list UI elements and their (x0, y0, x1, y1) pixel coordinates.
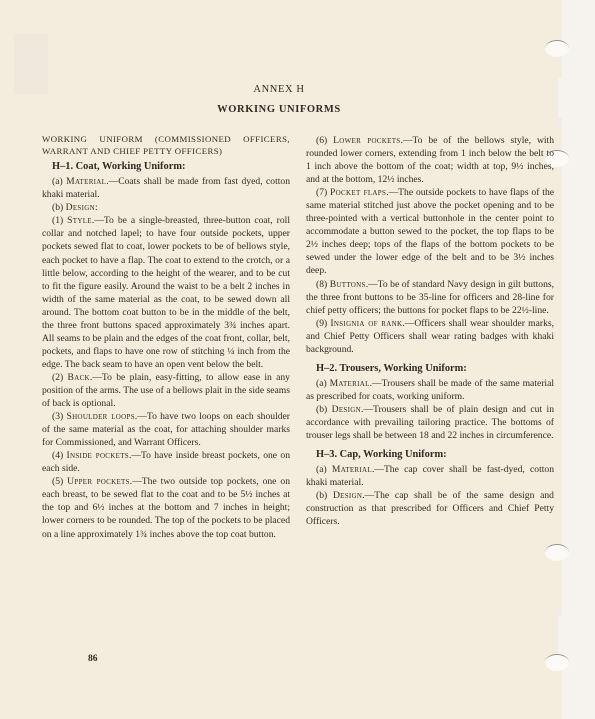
right-column: (6) Lower pockets.—To be of the bellows … (306, 134, 554, 528)
punch-hole-icon (545, 40, 569, 57)
paragraph-label: Style (67, 215, 92, 226)
paragraph: (a) Material.—The cap cover shall be fas… (306, 463, 554, 489)
page-tab (548, 0, 562, 78)
left-column: WORKING UNIFORM (COMMISSIONED OFFICERS, … (42, 134, 290, 541)
paragraph: (a) Material.—Coats shall be made from f… (42, 175, 290, 201)
paragraph-list: (a) Material.—The cap cover shall be fas… (306, 463, 554, 528)
paragraph-list: (a) Material.—Trousers shall be made of … (306, 377, 554, 442)
heading-h3: H–3. Cap, Working Uniform: (306, 448, 554, 461)
paragraph-label: Shoulder loops (66, 411, 134, 422)
paragraph-label: Design (332, 404, 361, 415)
paragraph: (9) Insignia of rank.—Officers shall wea… (306, 317, 554, 356)
paragraph-label: Buttons (330, 279, 366, 290)
paragraph-list: (6) Lower pockets.—To be of the bellows … (306, 134, 554, 356)
paragraph: (b) Design.—Trousers shall be of plain d… (306, 403, 554, 442)
paragraph-label: Design (66, 202, 95, 213)
paragraph: (b) Design.—The cap shall be of the same… (306, 489, 554, 528)
paragraph: (7) Pocket flaps.—The outside pockets to… (306, 186, 554, 277)
page-number: 86 (88, 654, 98, 664)
paragraph: (a) Material.—Trousers shall be made of … (306, 377, 554, 403)
paragraph: (4) Inside pockets.—To have inside breas… (42, 449, 290, 475)
annex-label: ANNEX H (0, 84, 558, 95)
section-heading: WORKING UNIFORM (COMMISSIONED OFFICERS, … (42, 134, 290, 157)
paragraph: (3) Shoulder loops.—To have two loops on… (42, 410, 290, 449)
paragraph-label: Insignia of rank (330, 318, 402, 329)
page-title: WORKING UNIFORMS (0, 104, 558, 115)
paragraph-label: Pocket flaps (330, 187, 386, 198)
heading-h1: H–1. Coat, Working Uniform: (42, 160, 290, 173)
paragraph: (8) Buttons.—To be of standard Navy desi… (306, 278, 554, 317)
paragraph: (6) Lower pockets.—To be of the bellows … (306, 134, 554, 186)
paragraph-label: Design (333, 490, 362, 501)
paragraph-label: Upper pockets (67, 476, 130, 487)
paragraph-label: Material (66, 176, 106, 187)
paragraph: (b) Design: (42, 201, 290, 214)
paragraph: (1) Style.—To be a single-breasted, thre… (42, 214, 290, 371)
paragraph: (5) Upper pockets.—The two outside top p… (42, 475, 290, 540)
punch-hole-icon (545, 654, 569, 671)
paragraph-list: (a) Material.—Coats shall be made from f… (42, 175, 290, 540)
paragraph-label: Lower pockets (333, 135, 400, 146)
paragraph-label: Inside pockets (67, 450, 129, 461)
paragraph: (2) Back.—To be plain, easy-fitting, to … (42, 371, 290, 410)
paragraph-label: Material (332, 464, 372, 475)
page-edge-strip (558, 0, 595, 719)
paragraph-label: Back (68, 372, 90, 383)
punch-hole-icon (545, 544, 569, 561)
heading-h2: H–2. Trousers, Working Uniform: (306, 362, 554, 375)
paragraph-label: Material (330, 378, 370, 389)
